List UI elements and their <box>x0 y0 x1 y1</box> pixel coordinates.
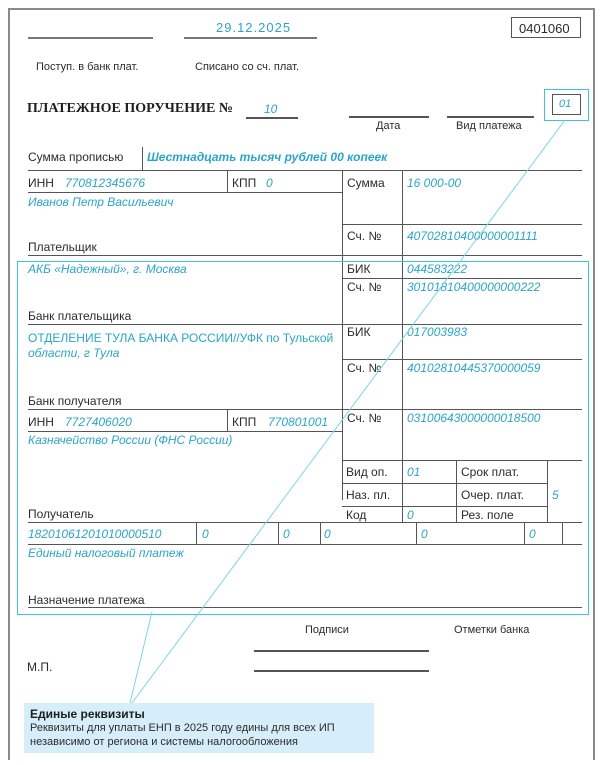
callout-title: Единые реквизиты <box>30 707 368 721</box>
payer-account: 40702810400000001111 <box>407 229 538 243</box>
status-code: 01 <box>559 98 571 110</box>
sum-words-label: Сумма прописью <box>28 150 123 164</box>
payer-inn: 770812345676 <box>65 176 145 190</box>
sum-label: Сумма <box>347 176 385 190</box>
written-off-date: 29.12.2025 <box>216 20 291 35</box>
divider <box>227 170 228 192</box>
signature-line-1 <box>254 650 429 652</box>
payer-name: Иванов Петр Васильевич <box>28 195 174 209</box>
bank-marks-label: Отметки банка <box>454 624 529 636</box>
payment-type-line <box>447 116 534 118</box>
received-date-line <box>28 37 153 39</box>
written-off-label: Списано со сч. плат. <box>195 61 299 73</box>
payer-kpp-label: КПП <box>232 176 256 190</box>
divider <box>28 170 582 171</box>
date-line <box>349 116 429 118</box>
signatures-label: Подписи <box>305 624 349 636</box>
document-title: ПЛАТЕЖНОЕ ПОРУЧЕНИЕ № <box>27 101 233 117</box>
payer-account-label: Сч. № <box>347 229 381 243</box>
payer-section-label: Плательщик <box>28 240 97 254</box>
payer-inn-label: ИНН <box>28 176 54 190</box>
divider <box>28 192 342 193</box>
written-off-date-line <box>184 37 317 39</box>
number-line <box>246 117 298 119</box>
divider <box>28 255 582 256</box>
callout-line-1: Реквизиты для уплаты ЕНП в 2025 году еди… <box>30 721 368 735</box>
payment-type-label: Вид платежа <box>456 120 522 132</box>
signature-line-2 <box>254 670 429 672</box>
sum-value: 16 000-00 <box>407 176 461 190</box>
payer-kpp: 0 <box>266 176 273 190</box>
date-label: Дата <box>376 120 400 132</box>
unified-details-callout: Единые реквизиты Реквизиты для уплаты ЕН… <box>24 703 374 753</box>
sum-words: Шестнадцать тысяч рублей 00 копеек <box>147 150 387 164</box>
stamp-label: М.П. <box>27 660 52 674</box>
divider <box>342 224 582 225</box>
unified-details-highlight <box>17 261 589 615</box>
divider <box>142 147 143 170</box>
order-number: 10 <box>264 102 277 116</box>
form-code: 0401060 <box>519 21 570 36</box>
received-label: Поступ. в банк плат. <box>36 61 138 73</box>
callout-line-2: независимо от региона и системы налогооб… <box>30 735 368 749</box>
